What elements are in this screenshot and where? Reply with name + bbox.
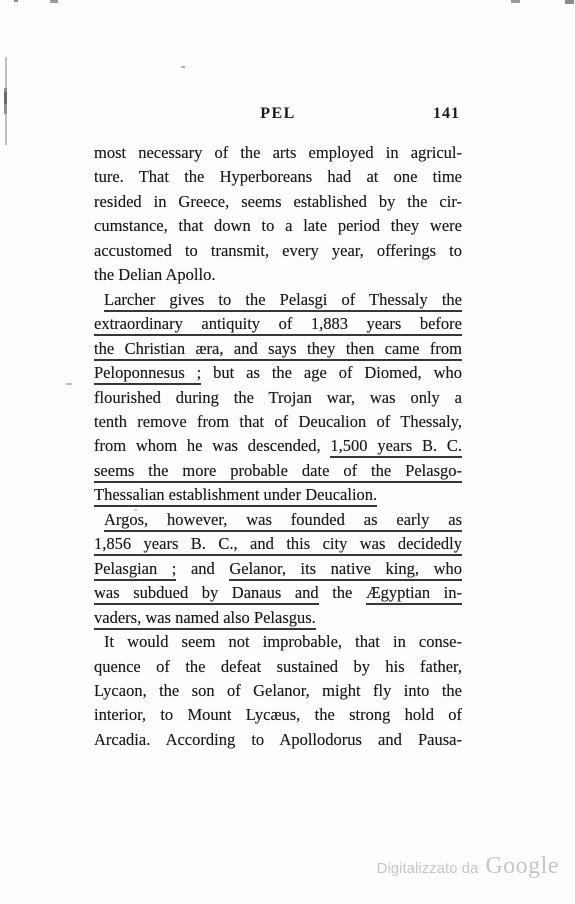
text-line: Lycaon, the son of Gelanor, might fly in… <box>94 679 462 703</box>
text-segment: but as the age of Diomed, who <box>201 363 462 382</box>
text-line: ture. That the Hyperboreans had at one t… <box>94 165 462 189</box>
underlined-text: the Christian æra, and says they then ca… <box>94 339 462 361</box>
scan-speck <box>50 0 58 3</box>
text-segment: and <box>176 559 229 578</box>
text-line: flourished during the Trojan war, was on… <box>94 386 462 410</box>
scan-speck <box>181 66 185 68</box>
text-segment: flourished during the Trojan war, was on… <box>94 388 462 407</box>
text-block: most necessary of the arts employed in a… <box>94 141 462 752</box>
text-line: Argos, however, was founded as early as <box>94 508 462 532</box>
text-line: the Christian æra, and says they then ca… <box>94 337 462 361</box>
text-line: the Delian Apollo. <box>94 263 462 287</box>
page-header: PEL 141 <box>94 105 462 125</box>
underlined-text: Ægyptian in- <box>366 583 462 605</box>
text-line: 1,856 years B. C., and this city was dec… <box>94 532 462 556</box>
text-segment: resided in Greece, seems established by … <box>94 192 462 211</box>
underlined-text: Larcher gives to the Pelasgi of Thessaly… <box>104 290 462 312</box>
text-line: from whom he was descended, 1,500 years … <box>94 434 462 458</box>
text-line: extraordinary antiquity of 1,883 years b… <box>94 312 462 336</box>
text-line: cumstance, that down to a late period th… <box>94 214 462 238</box>
text-segment: tenth remove from that of Deucalion of T… <box>94 412 462 431</box>
text-line: quence of the defeat sustained by his fa… <box>94 655 462 679</box>
text-line: vaders, was named also Pelasgus. <box>94 606 462 630</box>
underlined-text: Peloponnesus ; <box>94 363 201 385</box>
scan-gutter-line-darkest <box>4 92 7 104</box>
text-segment: interior, to Mount Lycæus, the strong ho… <box>94 705 462 724</box>
text-segment: quence of the defeat sustained by his fa… <box>94 657 462 676</box>
text-segment: most necessary of the arts employed in a… <box>94 143 462 162</box>
text-segment: cumstance, that down to a late period th… <box>94 216 462 235</box>
underlined-text: Argos, however, was founded as early as <box>104 510 462 532</box>
text-line: seems the more probable date of the Pela… <box>94 459 462 483</box>
text-segment: Lycaon, the son of Gelanor, might fly in… <box>94 681 462 700</box>
underlined-text: Thessalian establishment under Deucalion… <box>94 485 377 507</box>
text-line: interior, to Mount Lycæus, the strong ho… <box>94 703 462 727</box>
text-segment: the <box>319 583 366 602</box>
google-watermark: Digitalizzato da Google <box>377 853 559 880</box>
text-line: Pelasgian ; and Gelanor, its native king… <box>94 557 462 581</box>
underlined-text: 1,500 years B. C. <box>330 436 462 458</box>
underlined-text: extraordinary antiquity of 1,883 years b… <box>94 314 462 336</box>
watermark-text: Digitalizzato da <box>377 860 479 877</box>
underlined-text: Gelanor, its native king, who <box>229 559 462 581</box>
text-line: tenth remove from that of Deucalion of T… <box>94 410 462 434</box>
scan-speck <box>66 383 72 385</box>
page-number: 141 <box>433 105 460 123</box>
text-segment: ture. That the Hyperboreans had at one t… <box>94 167 462 186</box>
text-segment: accustomed to transmit, every year, offe… <box>94 241 462 260</box>
text-line: Arcadia. According to Apollodorus and Pa… <box>94 728 462 752</box>
text-line: Peloponnesus ; but as the age of Diomed,… <box>94 361 462 385</box>
google-logo: Google <box>485 853 559 880</box>
text-line: was subdued by Danaus and the Ægyptian i… <box>94 581 462 605</box>
text-segment: Arcadia. According to Apollodorus and Pa… <box>94 730 462 749</box>
text-segment: the Delian Apollo. <box>94 265 215 284</box>
text-segment: from whom he was descended, <box>94 436 330 455</box>
underlined-text: Pelasgian ; <box>94 559 176 581</box>
underlined-text: was subdued by Danaus and <box>94 583 319 605</box>
text-line: resided in Greece, seems established by … <box>94 190 462 214</box>
header-title: PEL <box>260 105 296 122</box>
scan-speck <box>511 0 520 3</box>
underlined-text: vaders, was named also Pelasgus. <box>94 608 316 630</box>
text-line: Thessalian establishment under Deucalion… <box>94 483 462 507</box>
scan-speck <box>14 0 18 2</box>
text-line: It would seem not improbable, that in co… <box>94 630 462 654</box>
text-line: Larcher gives to the Pelasgi of Thessaly… <box>94 288 462 312</box>
text-segment: It would seem not improbable, that in co… <box>104 632 462 651</box>
text-line: accustomed to transmit, every year, offe… <box>94 239 462 263</box>
underlined-text: seems the more probable date of the Pela… <box>94 461 462 483</box>
book-page-scan: PEL 141 most necessary of the arts emplo… <box>0 0 575 904</box>
underlined-text: 1,856 years B. C., and this city was dec… <box>94 534 462 556</box>
scan-speck <box>565 0 574 4</box>
text-line: most necessary of the arts employed in a… <box>94 141 462 165</box>
